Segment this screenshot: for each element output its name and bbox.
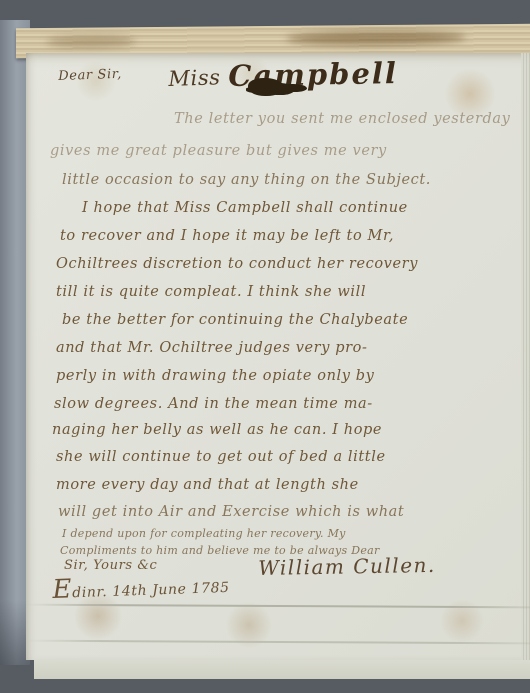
letter-line: to recover and I hope it may be left to …: [60, 228, 394, 244]
letter-line: little occasion to say any thing on the …: [62, 172, 431, 188]
letter-line: will get into Air and Exercise which is …: [58, 504, 404, 520]
signature: William Cullen.: [258, 553, 436, 580]
letter-line: be the better for continuing the Chalybe…: [62, 312, 408, 328]
salutation: Dear Sir,: [58, 67, 122, 84]
letter-line: Ochiltrees discretion to conduct her rec…: [56, 256, 418, 272]
ink-blot: [248, 78, 284, 96]
stain: [46, 35, 136, 48]
letter-line: perly in with drawing the opiate only by: [56, 368, 374, 384]
page-bottom-fold: [26, 640, 530, 645]
dateline: Edinr. 14th June 1785: [52, 569, 230, 605]
underlying-page-edge: [34, 660, 530, 679]
letter-line: gives me great pleasure but gives me ver…: [50, 143, 387, 159]
letter-line: till it is quite compleat. I think she w…: [56, 284, 366, 300]
letter-line: The letter you sent me enclosed yesterda…: [174, 111, 510, 127]
stain: [286, 30, 466, 46]
letter-line: she will continue to get out of bed a li…: [56, 449, 386, 465]
closing: Sir, Yours &c: [64, 558, 157, 573]
page-crease: [26, 604, 530, 609]
letter-line: slow degrees. And in the mean time ma-: [54, 396, 373, 412]
letter-line: naging her belly as well as he can. I ho…: [52, 422, 382, 438]
docket-miss: Miss: [168, 65, 221, 91]
letter-line: more every day and that at length she: [56, 477, 359, 493]
page-right-edge: [521, 53, 530, 660]
letter-line: I hope that Miss Campbell shall continue: [82, 200, 408, 216]
photo-background: Dear Sir, Miss Campbell The letter you s…: [0, 0, 530, 693]
letter-page: Dear Sir, Miss Campbell The letter you s…: [26, 53, 530, 660]
letter-line: I depend upon for compleating her recove…: [62, 527, 346, 540]
letter-line: and that Mr. Ochiltree judges very pro-: [56, 340, 367, 356]
